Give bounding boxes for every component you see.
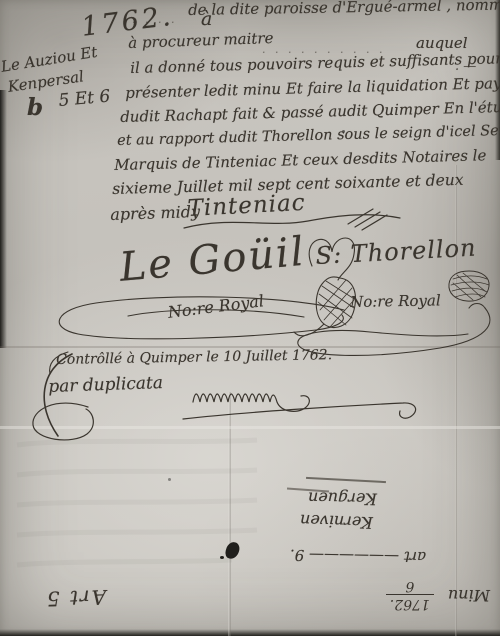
verso-bleedthrough-texture xyxy=(12,430,262,590)
rotated-note-art5: Art 5 xyxy=(45,587,107,609)
body-line2-right: auquel xyxy=(416,36,468,51)
controller-loop-flourish xyxy=(28,398,100,444)
control-line1: Contrôllé à Quimper le 10 Juillet 1762. xyxy=(56,348,332,367)
body-line4: présenter ledit minu Et faire la liquida… xyxy=(125,75,500,101)
thorellon-paraph-icon xyxy=(446,268,492,304)
fraction-denominator: 6 xyxy=(405,578,414,594)
margin-letter: b xyxy=(27,96,43,119)
rotated-minu-fraction: 1762. 6 xyxy=(386,578,434,612)
body-line3-trail: . — xyxy=(455,60,476,73)
left-edge-shadow xyxy=(0,90,7,348)
margin-note-line1: Le Auziou Et xyxy=(0,45,98,75)
ink-speck-1 xyxy=(220,556,224,559)
fold-crease-vertical-left xyxy=(228,392,231,636)
margin-number: 5 Et 6 xyxy=(58,88,111,109)
body-line2-left: à procureur maitre xyxy=(128,31,274,51)
ink-speck-3 xyxy=(168,478,171,481)
body-line6: et au rapport dudit Thorellon sous le se… xyxy=(117,123,500,149)
rotated-note-article: art —————— 9. xyxy=(290,547,426,564)
ink-blot xyxy=(224,541,241,561)
body-line1-leader: . . . . xyxy=(132,14,177,25)
body-line7: Marquis de Tinteniac Et ceux desdits Not… xyxy=(114,148,487,173)
bottom-edge-shadow xyxy=(0,629,500,636)
control-line2: par duplicata xyxy=(48,375,163,396)
rotated-note-name2: Kerniven xyxy=(300,512,373,531)
manuscript-page: 1762. Le Auziou Et Kenpersal b 5 Et 6 . … xyxy=(0,0,500,636)
tinteniac-signature: Tinteniac xyxy=(187,192,306,221)
controller-scrawl-signature xyxy=(155,374,425,428)
fraction-numerator: 1762. xyxy=(386,594,434,612)
rotated-note-minu-group: Minu 1762. 6 xyxy=(352,566,490,624)
legouil-signature: Le Goüil xyxy=(118,232,307,288)
rotated-minu-label: Minu xyxy=(448,587,490,603)
thorellon-signature: S: Thorellon xyxy=(315,236,477,268)
rotated-note-name1: Kerguen xyxy=(308,489,377,506)
body-line3: il a donné tous pouvoirs requis et suffi… xyxy=(130,51,500,76)
rotated-note-overline-a xyxy=(306,477,386,483)
body-line5: dudit Rachapt fait & passé audit Quimper… xyxy=(120,100,500,125)
body-line1: de la dite paroisse d'Ergué-armel , nomm… xyxy=(188,0,500,18)
